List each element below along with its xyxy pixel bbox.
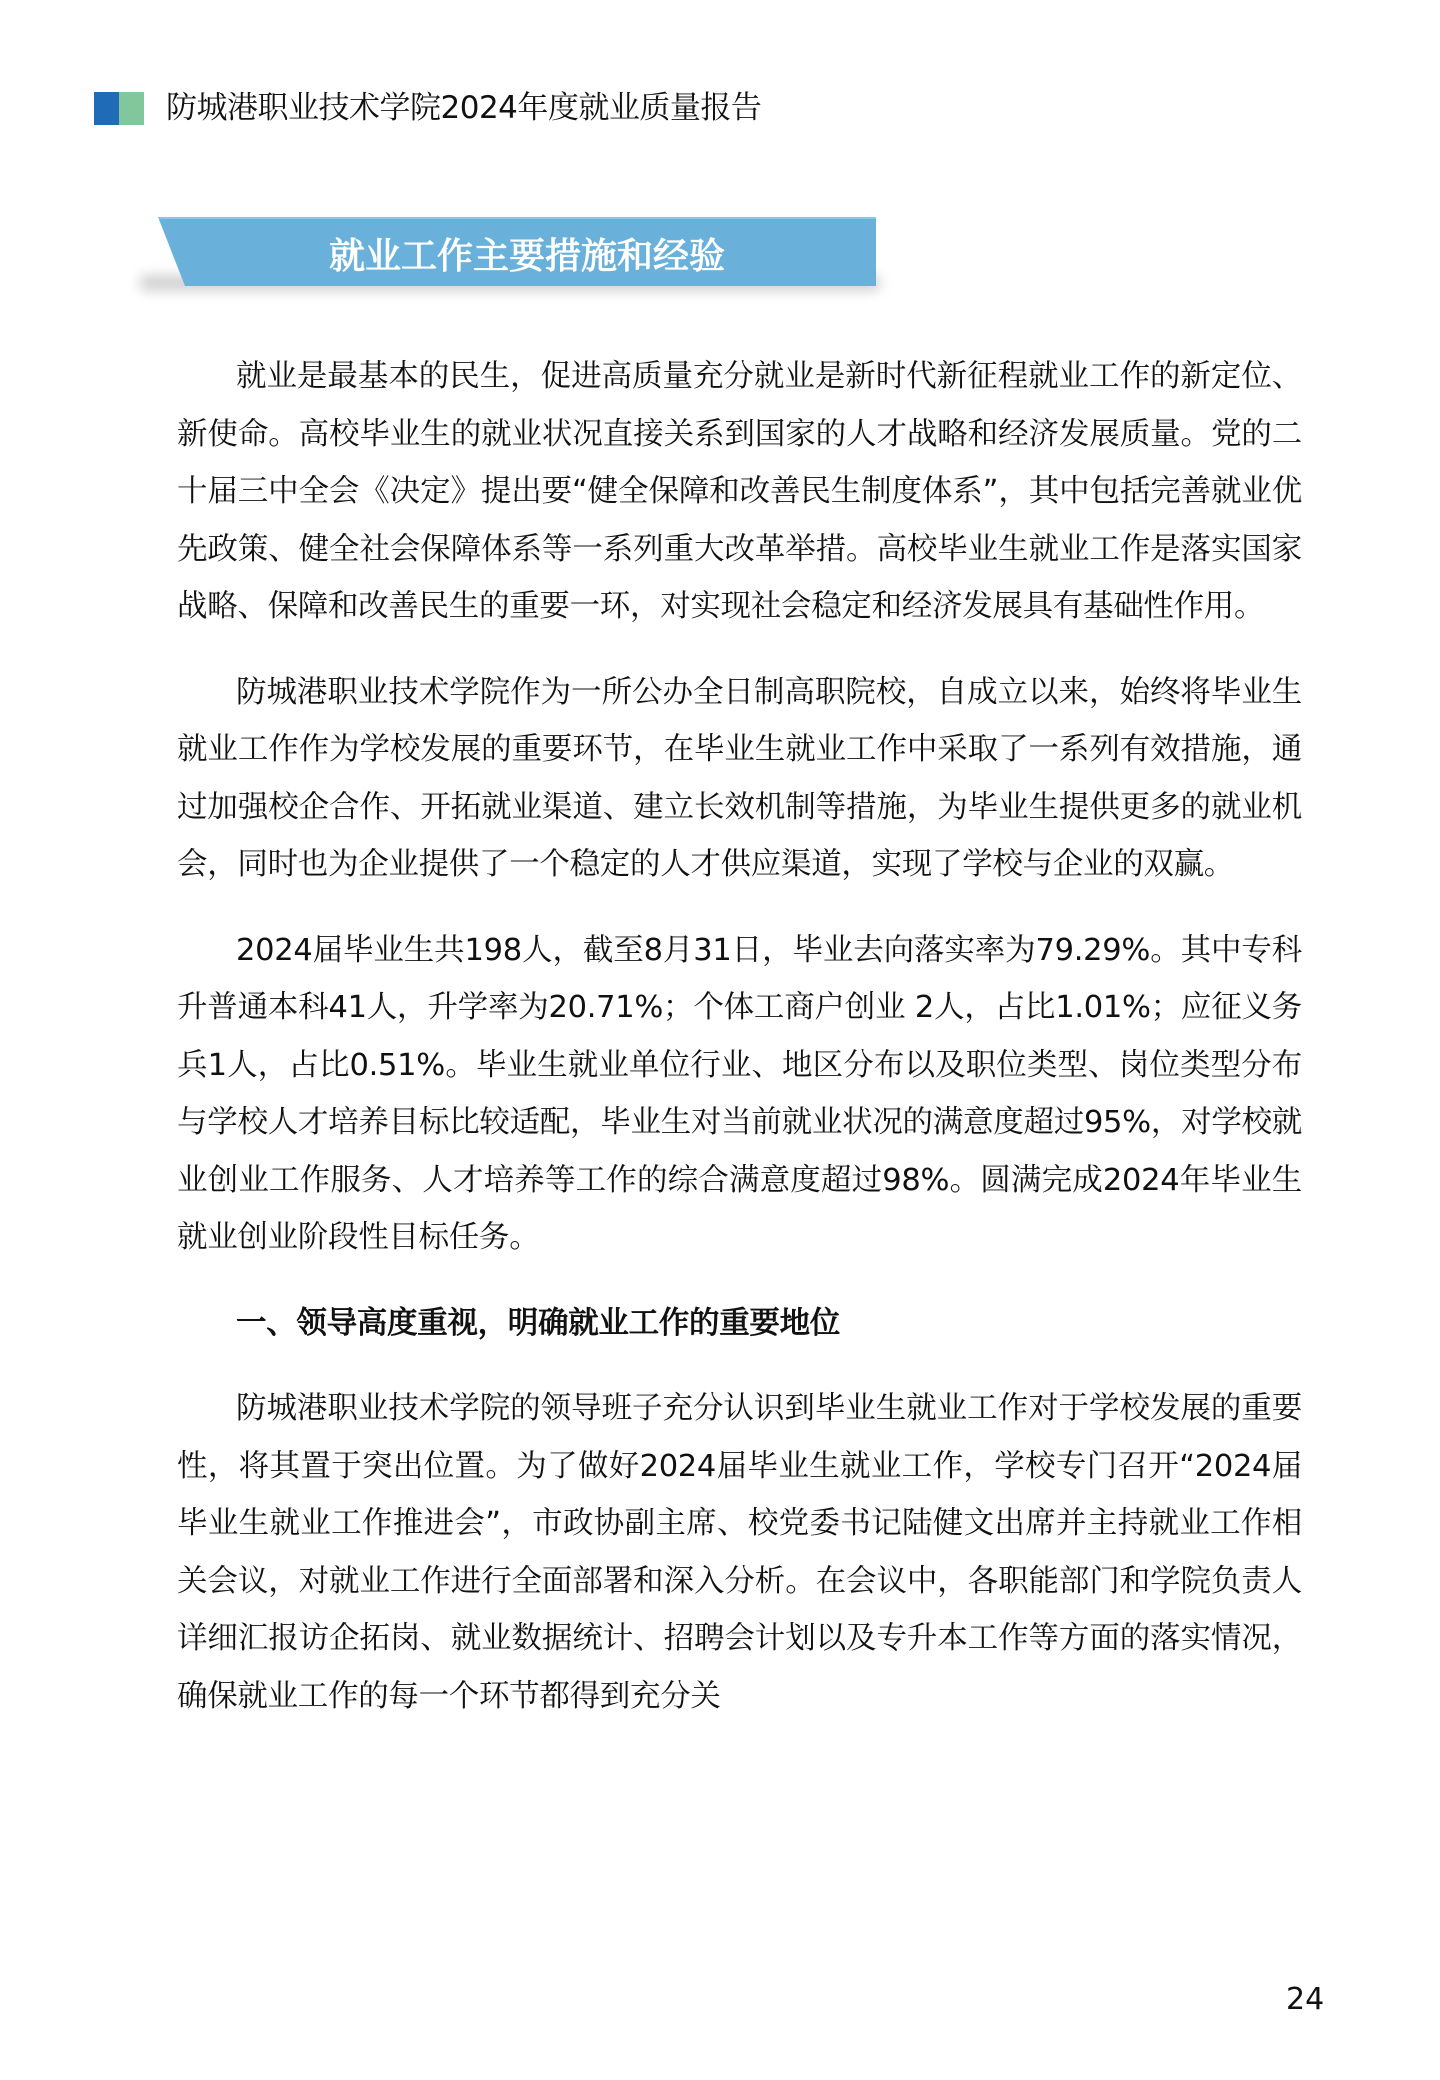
paragraph-intro: 就业是最基本的民生，促进高质量充分就业是新时代新征程就业工作的新定位、新使命。高…	[177, 348, 1302, 636]
paragraph-school: 防城港职业技术学院作为一所公办全日制高职院校，自成立以来，始终将毕业生就业工作作…	[177, 664, 1302, 894]
document-body: 就业是最基本的民生，促进高质量充分就业是新时代新征程就业工作的新定位、新使命。高…	[177, 348, 1302, 1753]
report-title: 防城港职业技术学院2024年度就业质量报告	[166, 91, 761, 125]
section-banner: 就业工作主要措施和经验	[130, 217, 890, 289]
section-title: 就业工作主要措施和经验	[158, 219, 876, 288]
paragraph-leadership: 防城港职业技术学院的领导班子充分认识到毕业生就业工作对于学校发展的重要性，将其置…	[177, 1380, 1302, 1725]
report-header: 防城港职业技术学院2024年度就业质量报告	[94, 91, 761, 125]
banner-ribbon: 就业工作主要措施和经验	[158, 217, 876, 286]
header-green-square-icon	[119, 92, 144, 125]
header-blue-square-icon	[94, 92, 119, 125]
paragraph-statistics: 2024届毕业生共198人，截至8月31日，毕业去向落实率为79.29%。其中专…	[177, 922, 1302, 1267]
subheading-leadership: 一、领导高度重视，明确就业工作的重要地位	[177, 1295, 1302, 1353]
page-number: 24	[1286, 1982, 1324, 2017]
